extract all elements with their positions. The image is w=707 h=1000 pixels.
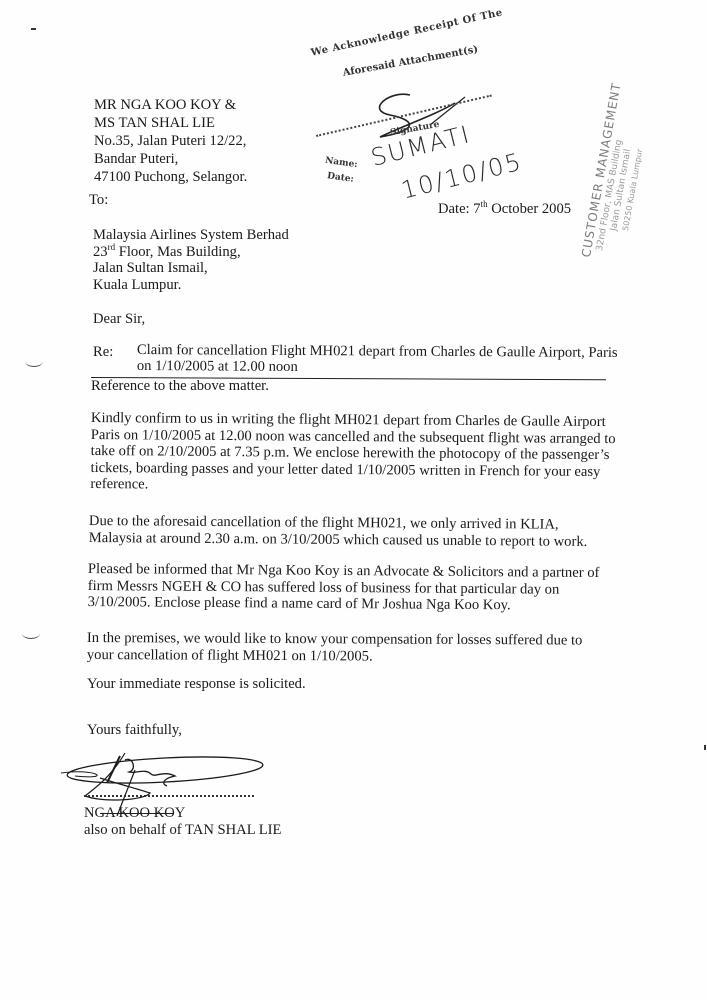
floor-ordinal: rd	[108, 242, 116, 252]
reference-line: Reference to the above matter.	[91, 378, 269, 394]
date-ordinal: th	[481, 199, 488, 209]
scan-mark	[704, 745, 706, 750]
stamp-name-label: Name:	[324, 156, 358, 170]
date-text: Date: 7	[438, 201, 481, 217]
body-paragraph: In the premises, we would like to know y…	[87, 630, 583, 666]
sender-line: Bandar Puteri,	[94, 150, 247, 168]
recipient-line: Kuala Lumpur.	[93, 277, 289, 294]
body-paragraph: Kindly confirm to us in writing the flig…	[90, 410, 615, 497]
recipient-line: Jalan Sultan Ismail,	[93, 260, 289, 277]
receipt-stamp: CUSTOMER MANAGEMENT 32nd Floor, MAS Buil…	[575, 70, 655, 260]
floor-number: 23	[93, 244, 108, 260]
paragraph-line: Your immediate response is solicited.	[87, 676, 306, 693]
letter-page: MR NGA KOO KOY & MS TAN SHAL LIE No.35, …	[0, 0, 707, 1000]
sender-line: MR NGA KOO KOY &	[94, 96, 247, 114]
scan-mark	[22, 628, 40, 639]
signatory-on-behalf: also on behalf of TAN SHAL LIE	[84, 822, 281, 838]
scan-mark	[25, 356, 43, 367]
stamp-heading: Aforesaid Attachment(s)	[342, 44, 479, 79]
recipient-address: Malaysia Airlines System Berhad 23rd Flo…	[93, 227, 289, 293]
signature-line	[84, 795, 254, 797]
recipient-line: Malaysia Airlines System Berhad	[93, 227, 289, 244]
sender-line: No.35, Jalan Puteri 12/22,	[94, 132, 247, 150]
recipient-line: 23rd Floor, Mas Building,	[93, 244, 289, 261]
stamp-date-label: Date:	[326, 171, 354, 185]
body-paragraph: Due to the aforesaid cancellation of the…	[89, 513, 588, 550]
sender-address: MR NGA KOO KOY & MS TAN SHAL LIE No.35, …	[94, 96, 247, 186]
scan-mark	[31, 28, 36, 30]
paragraph-line: In the premises, we would like to know y…	[87, 630, 583, 649]
signature-overstroke	[100, 813, 174, 814]
subject-label: Re:	[93, 344, 113, 360]
letter-date: Date: 7th October 2005	[438, 201, 571, 217]
paragraph-line: Malaysia at around 2.30 a.m. on 3/10/200…	[89, 529, 588, 549]
closing: Yours faithfully,	[87, 722, 182, 738]
body-paragraph: Your immediate response is solicited.	[87, 676, 306, 693]
subject-line: on 1/10/2005 at 12.00 noon	[137, 358, 618, 377]
sender-line: MS TAN SHAL LIE	[94, 114, 247, 132]
subject-text: Claim for cancellation Flight MH021 depa…	[137, 342, 618, 377]
sender-line: 47100 Puchong, Selangor.	[94, 168, 247, 186]
paragraph-line: your cancellation of flight MH021 on 1/1…	[87, 646, 583, 665]
date-text: October 2005	[488, 201, 572, 217]
to-label: To:	[89, 192, 108, 208]
salutation: Dear Sir,	[93, 311, 145, 327]
acknowledgement-stamp: We Acknowledge Receipt Of The Aforesaid …	[300, 30, 590, 200]
body-paragraph: Pleased be informed that Mr Nga Koo Koy …	[88, 561, 600, 615]
floor-text: Floor, Mas Building,	[115, 244, 241, 260]
